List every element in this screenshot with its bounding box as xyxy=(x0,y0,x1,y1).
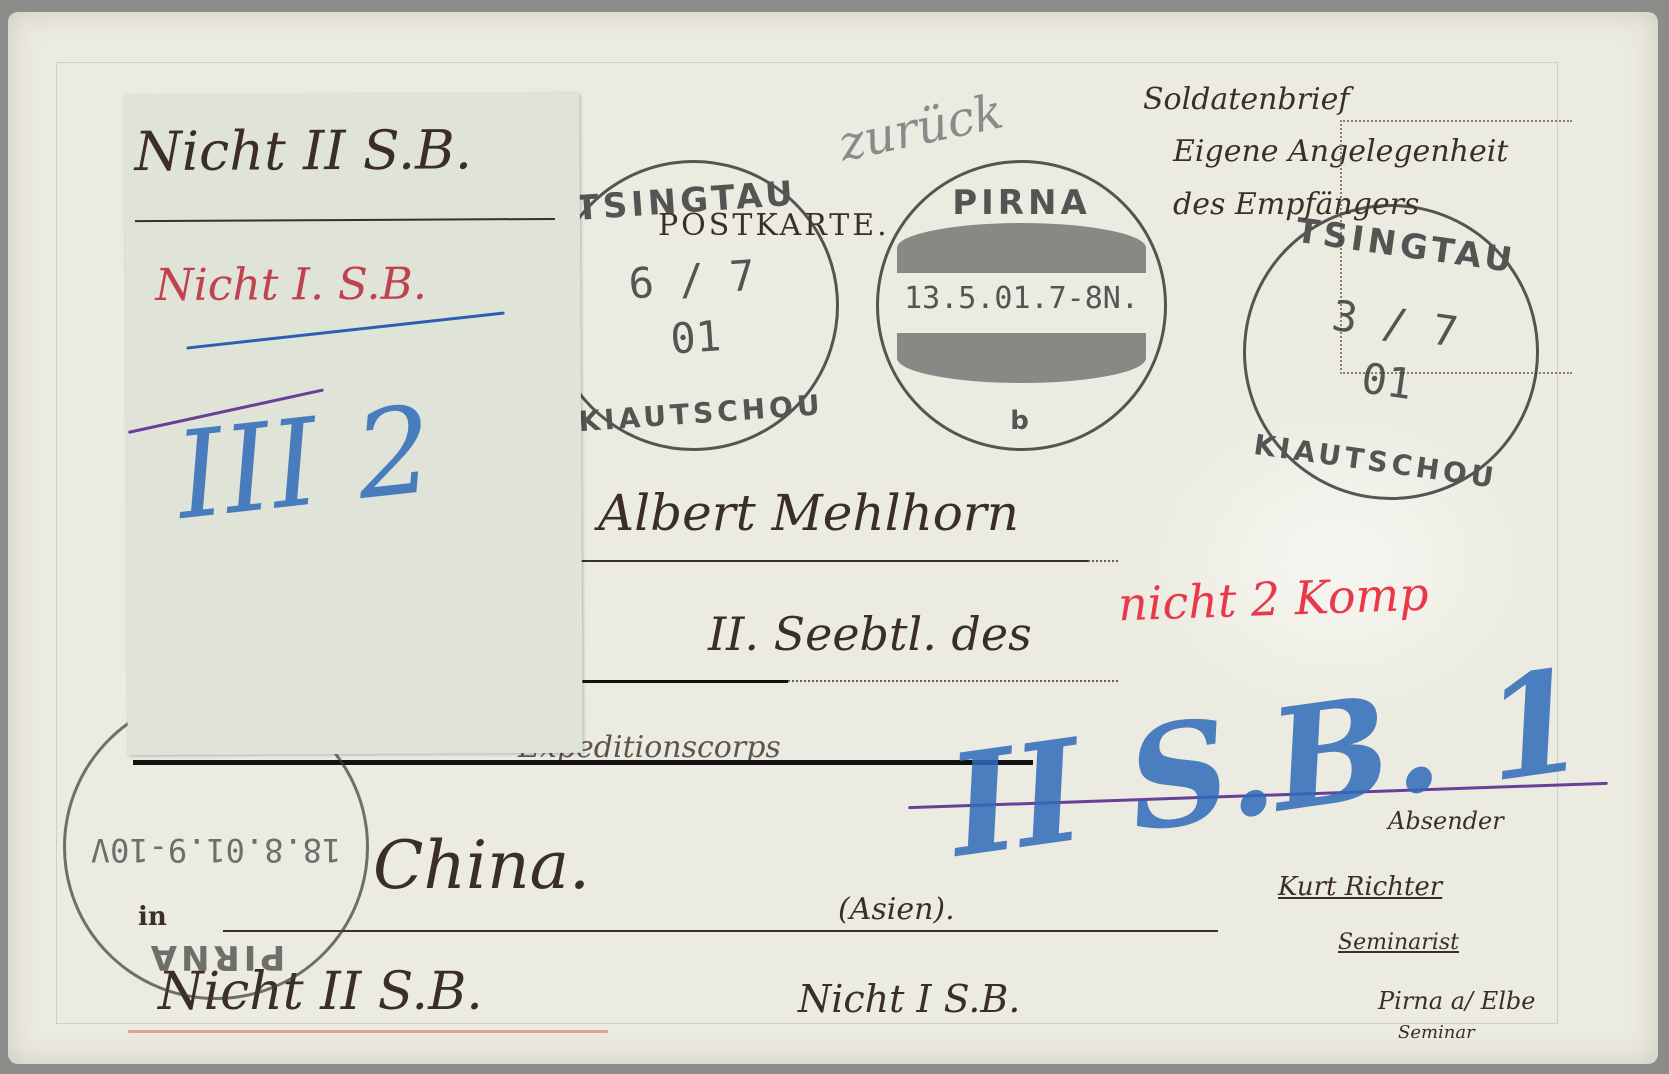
affixed-label: Nicht II S.B. Nicht I. S.B. III 2 xyxy=(124,93,582,755)
sender-place: Pirna a/ Elbe xyxy=(1378,987,1535,1015)
address-line-in xyxy=(223,930,1218,932)
sender-name: Kurt Richter xyxy=(1278,872,1442,902)
postmark-tsingtau-left: TSINGTAU 6 / 7 01 KIAUTSCHOU xyxy=(538,150,849,461)
label-line xyxy=(135,218,555,222)
bottom-mark-2: Nicht I S.B. xyxy=(798,977,1020,1021)
address-name: Albert Mehlhorn xyxy=(598,484,1019,542)
sender-role: Seminarist xyxy=(1338,930,1459,955)
address-underline xyxy=(548,680,788,683)
postmark-town: PIRNA xyxy=(879,183,1164,223)
postmark-letter: b xyxy=(879,406,1164,436)
label-mark-2: Nicht I. S.B. xyxy=(155,259,427,311)
dotted-line-2 xyxy=(788,680,1118,682)
red-stripe xyxy=(128,1030,608,1033)
label-blue-mark: III 2 xyxy=(169,381,439,547)
postcard: POSTKARTE. Soldatenbrief Eigene Angelege… xyxy=(8,12,1658,1064)
postmark-pirna-top: PIRNA 13.5.01.7-8N. b xyxy=(876,160,1167,451)
address-destination: China. xyxy=(373,827,590,904)
postmark-date: 13.5.01.7-8N. xyxy=(879,281,1164,316)
postmark-year: 01 xyxy=(552,303,840,372)
dotted-line xyxy=(1088,560,1118,562)
address-destination-note: (Asien). xyxy=(838,892,955,927)
sender-label: Absender xyxy=(1388,807,1504,835)
sender-institution: Seminar xyxy=(1398,1022,1475,1043)
postmark-date: 18.8.01.9-10V xyxy=(66,831,366,869)
red-note: nicht 2 Komp xyxy=(1117,567,1429,632)
blue-underline xyxy=(186,311,504,349)
label-mark-1: Nicht II S.B. xyxy=(134,118,472,183)
postmark-town: PIRNA xyxy=(66,937,366,977)
address-unit: II. Seebtl. des xyxy=(708,607,1032,661)
note-line-1: Soldatenbrief xyxy=(1143,82,1349,117)
postmark-date: 6 / 7 xyxy=(548,245,836,314)
address-line-1 xyxy=(548,560,1088,562)
